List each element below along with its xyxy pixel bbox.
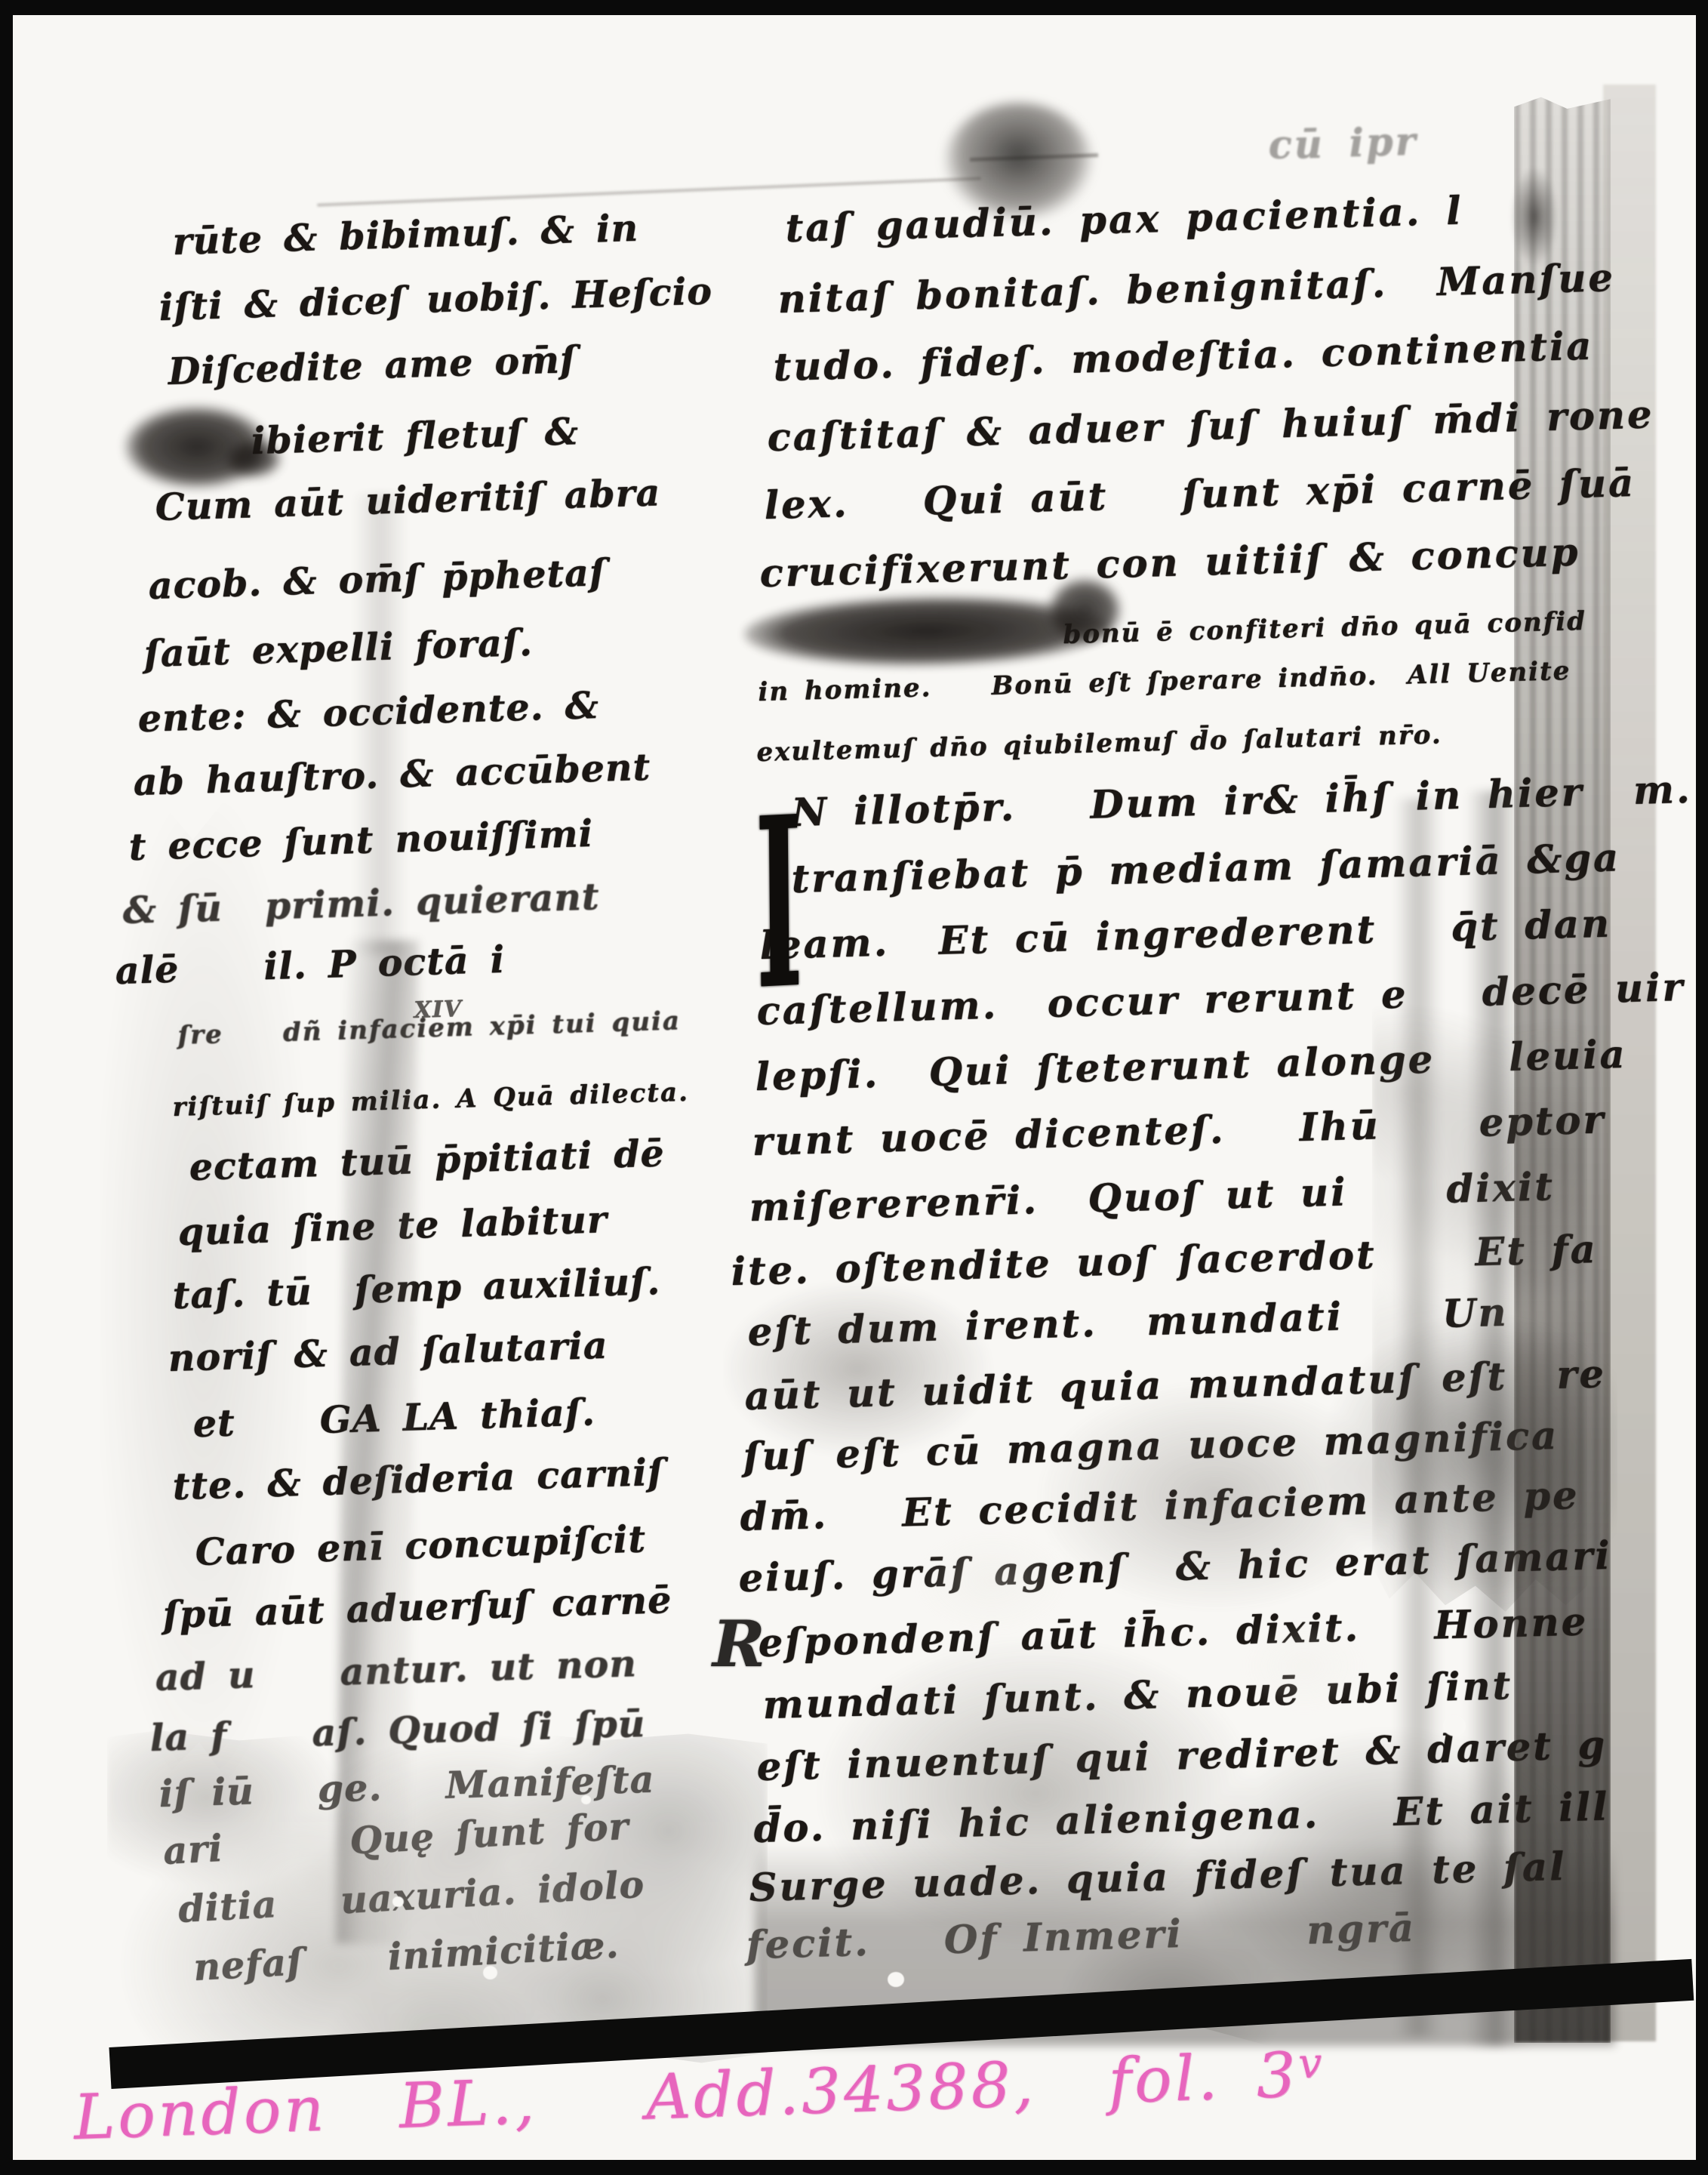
parchment-hole	[483, 1966, 497, 1979]
marginal-initial-r: R	[712, 1613, 765, 1676]
scan-border-top	[0, 0, 1708, 15]
manuscript-text-line: caſtitaſ & aduer ſuſ huiuſ m̄di rone	[767, 396, 1654, 457]
manuscript-text-line: mundati ſunt. & nouē ubi ſint	[762, 1667, 1513, 1725]
parchment-hole	[581, 1795, 591, 1804]
manuscript-text-line: ſre dñ infaciem xp̄i tui quia	[177, 1008, 681, 1049]
manuscript-text-line: ditia uaxuria. idolo	[177, 1866, 645, 1928]
manuscript-text-line: ari Quę ſunt for	[162, 1808, 629, 1870]
manuscript-text-line: lex. Qui aūt ſunt xp̄i carnē ſuā	[764, 464, 1636, 525]
ink-blot	[226, 441, 281, 477]
manuscript-text-line: & ſū primi. quierant	[122, 878, 600, 929]
manuscript-text-line: tranſiebat p̄ mediam ſamariā &ga	[791, 839, 1621, 899]
manuscript-text-line: iſ iū ge. Manifeſta	[158, 1761, 655, 1813]
parchment-hole	[392, 1896, 404, 1907]
manuscript-text-line: leam. Et cū ingrederent q̄t dan	[759, 904, 1612, 966]
manuscript-text-line: d̄o. niſi hic alienigena. Et ait ill	[753, 1788, 1610, 1849]
manuscript-text-line: fecit. Of Inmeri ngrā	[746, 1909, 1417, 1965]
parchment-hole	[1443, 1715, 1466, 1736]
manuscript-text-line: iſti & diceſ uobiſ. Heſcio	[158, 273, 713, 326]
manuscript-text-line: taſ. tū ſemp auxiliuſ.	[172, 1263, 661, 1314]
manuscript-text-line: tudo. fideſ. modeſtia. continentia	[773, 328, 1594, 387]
manuscript-text-line: eſt dum irent. mundati Un	[747, 1294, 1509, 1352]
manuscript-text-line: lepſi. Qui ſteterunt alonge leuia	[755, 1036, 1627, 1097]
scan-border-left	[0, 0, 13, 2175]
manuscript-text-line: noriſ & ad ſalutaria	[168, 1327, 608, 1377]
manuscript-text-line: et GA LA thiaſ.	[192, 1394, 595, 1443]
scan-border-right	[1696, 0, 1708, 2175]
shelfmark-superscript: v	[1297, 2038, 1322, 2087]
manuscript-text-line: nitaſ bonitaſ. benignitaſ. Manſue	[777, 259, 1615, 319]
manuscript-text-line: runt uocē dicenteſ. Ihū eptor	[752, 1101, 1606, 1162]
manuscript-text-line: nefaſ inimicitiæ.	[192, 1926, 620, 1986]
manuscript-photo-scan: rūte & bibimuſ. & in iſti & diceſ uobiſ.…	[0, 0, 1708, 2175]
manuscript-text-line: ſuſ eſt cū magna uoce magnifica	[743, 1417, 1559, 1477]
manuscript-text-line: crucifixerunt con uitiiſ & concup	[759, 534, 1580, 593]
manuscript-text-line: cū ipr	[1268, 123, 1418, 165]
manuscript-text-line: ente: & occidente. &	[137, 687, 599, 738]
manuscript-text-line: caſtellum. occur rerunt e decē uir	[756, 969, 1685, 1031]
manuscript-text-line: la f aſ. Quod ſi ſpū	[149, 1705, 646, 1757]
parchment-hole	[888, 1972, 904, 1987]
manuscript-text-line: ab hauſtro. & accūbent	[133, 749, 651, 801]
manuscript-text-line: N illotp̄r. Dum ir& ih̄ſ in hier m.	[791, 771, 1692, 833]
manuscript-text-line: Surge uade. quia fideſ tua te ſal	[749, 1848, 1567, 1908]
page-top-edge-right	[970, 153, 1098, 162]
page-top-edge	[317, 177, 980, 206]
manuscript-text-line: alē il. P octā i	[115, 941, 506, 990]
ink-blot	[1049, 578, 1121, 642]
manuscript-text-line: Caro enī concupiſcit	[195, 1520, 647, 1571]
manuscript-text-line: ad u antur. ut non	[155, 1645, 637, 1696]
manuscript-text-line: ſaūt expelli foraſ.	[143, 624, 534, 673]
manuscript-text-line: ſpū aūt aduerſuſ carnē	[162, 1582, 672, 1634]
illuminated-initial-i: I	[755, 787, 804, 1024]
manuscript-text-line: exultemuſ dn̄o qiubilemuſ d̄o ſalutari n…	[756, 722, 1442, 766]
manuscript-text-line: t ecce ſunt nouiſſimi	[128, 815, 594, 866]
manuscript-text-line: bonū ē confiteri dn̄o quā confid	[1063, 608, 1586, 648]
manuscript-text-line: quia ſine te labitur	[177, 1201, 608, 1251]
scan-border-bottom	[0, 2160, 1708, 2175]
manuscript-text-line: miſererenr̄i. Quoſ ut ui dixit	[749, 1168, 1555, 1228]
manuscript-text-line: ibierit fletuſ &	[251, 413, 580, 460]
manuscript-text-line: eiuſ. grāſ agenſ & hic erat ſamari	[738, 1537, 1612, 1598]
manuscript-text-line: riſtuiſ ſup milia. A Quā dilecta.	[172, 1080, 689, 1120]
manuscript-text-line: eſpondenſ aūt ih̄c. dixit. Honne	[758, 1603, 1589, 1663]
manuscript-text-line: dm̄. Et cecidit infaciem ante pe	[740, 1477, 1580, 1537]
manuscript-text-line: Diſcedite ame om̄ſ	[168, 341, 577, 390]
page-right-edge-tear	[1511, 168, 1558, 266]
manuscript-text-line: aūt ut uidit quia mundatuſ eſt re	[744, 1355, 1606, 1416]
manuscript-text-line: ite. oſtendite uoſ ſacerdot Et fa	[731, 1231, 1598, 1292]
manuscript-text-line: rūte & bibimuſ. & in	[172, 210, 639, 260]
manuscript-text-line: eſt inuentuſ qui rediret & daret g	[756, 1727, 1608, 1787]
manuscript-text-line: taſ gaudiū. pax pacientia. l	[785, 192, 1463, 248]
manuscript-text-line: ectam tuū p̄pitiati dē	[189, 1135, 665, 1186]
manuscript-text-line: tte. & deſideria carniſ	[172, 1454, 665, 1505]
manuscript-text-line: acob. & om̄ſ p̄phetaſ	[148, 554, 607, 605]
